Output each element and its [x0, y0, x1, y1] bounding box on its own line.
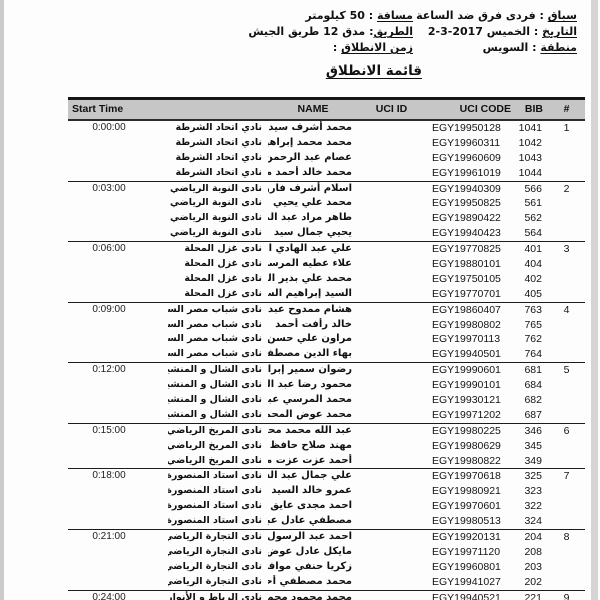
uci-id-cell	[358, 151, 425, 166]
uci-id-cell	[358, 182, 425, 197]
rider-row: 0:21:00نادى التجارة الرياضي - السويساحمد…	[68, 530, 585, 545]
rank-cell	[548, 454, 585, 469]
rider-row: نادى غزل المحلةالسيد إبراهيم السيد الشنا…	[68, 287, 585, 302]
club-cell: نادى الرباط و الأنوار	[168, 591, 268, 600]
rank-cell	[548, 272, 585, 287]
rider-row: 0:12:00نادى الشال و المنشيةرضوان سمير إب…	[68, 363, 585, 378]
rider-name-cell: خالد رأفت أحمد	[268, 318, 358, 333]
uci-id-cell	[358, 408, 425, 423]
race-type-field: سباق : فردى فرق ضد الساعة	[419, 8, 577, 23]
uci-code-cell: EGY19970601	[425, 499, 515, 514]
uci-id-cell	[358, 560, 425, 575]
rider-row: نادى التجارة الرياضي - السويسمايكل عادل …	[68, 545, 585, 560]
club-cell: نادي اتحاد الشرطة	[168, 166, 268, 181]
rider-row: نادى استاد المنصورةاحمد مجدى عايقEGY1997…	[68, 499, 585, 514]
start-group: 0:21:00نادى التجارة الرياضي - السويساحمد…	[68, 530, 585, 591]
start-time-cell	[68, 560, 168, 575]
rider-row: 0:15:00نادى المريخ الرياضيعبد الله محمد …	[68, 424, 585, 439]
uci-code-cell: EGY19860407	[425, 303, 515, 318]
start-list-table: Start Time NAME UCI ID UCI CODE BIB # 0:…	[68, 97, 585, 600]
uci-code-cell: EGY19950825	[425, 196, 515, 211]
rider-row: نادى شباب مصر السويسبهاء الدين مصطفيEGY1…	[68, 347, 585, 362]
rider-row: 0:00:00نادي اتحاد الشرطةمحمد أشرف سيد مو…	[68, 121, 585, 136]
club-cell: نادى غزل المحلة	[168, 257, 268, 272]
start-group: 0:00:00نادي اتحاد الشرطةمحمد أشرف سيد مو…	[68, 121, 585, 182]
rank-cell	[548, 318, 585, 333]
uci-code-cell: EGY19880101	[425, 257, 515, 272]
start-time-cell: 0:06:00	[68, 242, 168, 257]
uci-code-cell: EGY19960609	[425, 151, 515, 166]
uci-code-cell: EGY19971120	[425, 545, 515, 560]
start-group: 0:15:00نادى المريخ الرياضيعبد الله محمد …	[68, 424, 585, 470]
club-cell: نادى التجارة الرياضي - السويس	[168, 530, 268, 545]
distance-sep: :	[365, 9, 377, 22]
start-time-cell	[68, 257, 168, 272]
start-time-cell	[68, 454, 168, 469]
bib-cell: 762	[515, 332, 548, 347]
date-label: التاريخ	[542, 25, 577, 38]
scanned-start-list-page: { "page": { "background": "#fdfdfd", "sc…	[0, 0, 600, 600]
rider-name-cell: عبد الله محمد محمود	[268, 424, 358, 439]
start-time-cell	[68, 272, 168, 287]
start-group: 0:18:00نادى استاد المنصورةعلي جمال عبد ا…	[68, 469, 585, 530]
rank-cell	[548, 514, 585, 529]
bib-cell: 221	[515, 591, 548, 600]
header-name: NAME	[268, 100, 358, 119]
bib-cell: 349	[515, 454, 548, 469]
scan-edge-left	[0, 0, 4, 600]
uci-code-cell: EGY19980822	[425, 454, 515, 469]
rider-name-cell: محمد المرسي عبد الله	[268, 393, 358, 408]
rider-name-cell: محمد خالد أحمد محمد	[268, 166, 358, 181]
rank-cell	[548, 439, 585, 454]
club-cell: نادي اتحاد الشرطة	[168, 151, 268, 166]
uci-id-cell	[358, 121, 425, 136]
rider-name-cell: محمود رضا عبد النبي	[268, 378, 358, 393]
start-time-cell: 0:24:00	[68, 591, 168, 600]
road-label: الطريق	[373, 25, 413, 38]
table-header-row: Start Time NAME UCI ID UCI CODE BIB #	[68, 97, 585, 121]
rider-name-cell: زكريا حنفي موافي	[268, 560, 358, 575]
uci-id-cell	[358, 303, 425, 318]
start-time-cell	[68, 393, 168, 408]
uci-id-cell	[358, 272, 425, 287]
rank-cell: 9	[548, 591, 585, 600]
rider-row: نادى غزل المحلةعلاء عطيه المرسيEGY198801…	[68, 257, 585, 272]
start-group: 0:06:00نادى غزل المحلةعلي عبد الهادي الس…	[68, 242, 585, 303]
start-time-cell	[68, 347, 168, 362]
start-time-cell	[68, 136, 168, 151]
bib-cell: 325	[515, 469, 548, 484]
start-group: 0:24:00نادى الرباط و الأنوارمحمد محمود م…	[68, 591, 585, 600]
uci-code-cell: EGY19920131	[425, 530, 515, 545]
start-time-cell: 0:00:00	[68, 121, 168, 136]
uci-id-cell	[358, 545, 425, 560]
launch-time-sep: :	[333, 41, 341, 54]
uci-code-cell: EGY19980513	[425, 514, 515, 529]
uci-code-cell: EGY19941027	[425, 575, 515, 590]
uci-code-cell: EGY19940501	[425, 347, 515, 362]
date-value: الخميس 2017-3-2	[428, 25, 530, 38]
rider-row: نادى شباب مصر السويسخالد رأفت أحمدEGY199…	[68, 318, 585, 333]
club-cell: نادى شباب مصر السويس	[168, 303, 268, 318]
bib-cell: 765	[515, 318, 548, 333]
rank-cell	[548, 545, 585, 560]
bib-cell: 687	[515, 408, 548, 423]
rider-row: نادي اتحاد الشرطةمحمد محمد إبراهيمEGY199…	[68, 136, 585, 151]
rank-cell	[548, 332, 585, 347]
launch-time-label: زمن الانطلاق	[341, 41, 413, 54]
start-time-cell	[68, 196, 168, 211]
uci-code-cell: EGY19770825	[425, 242, 515, 257]
table-body: 0:00:00نادي اتحاد الشرطةمحمد أشرف سيد مو…	[68, 121, 585, 600]
start-time-cell	[68, 408, 168, 423]
rider-name-cell: عصام عبد الرحمن مصطفي	[268, 151, 358, 166]
start-time-cell	[68, 499, 168, 514]
uci-code-cell: EGY19980629	[425, 439, 515, 454]
rider-row: نادى التجارة الرياضي - السويسمحمد مصطفي …	[68, 575, 585, 590]
club-cell: نادى التجارة الرياضي - السويس	[168, 560, 268, 575]
rank-cell	[548, 136, 585, 151]
rider-name-cell: هشام ممدوح عبد العليم	[268, 303, 358, 318]
rider-row: 0:06:00نادى غزل المحلةعلي عبد الهادي الس…	[68, 242, 585, 257]
uci-id-cell	[358, 514, 425, 529]
header-rank: #	[548, 100, 585, 119]
uci-code-cell: EGY19980225	[425, 424, 515, 439]
uci-code-cell: EGY19930121	[425, 393, 515, 408]
rider-row: نادى الشال و المنشيةمحمود رضا عبد النبيE…	[68, 378, 585, 393]
launch-time-field: زمن الانطلاق :	[248, 40, 413, 55]
club-cell: نادى المريخ الرياضي	[168, 454, 268, 469]
rider-row: نادى النوبة الرياضيمحمد علي يحييEGY19950…	[68, 196, 585, 211]
bib-cell: 684	[515, 378, 548, 393]
rank-cell	[548, 499, 585, 514]
rank-cell	[548, 347, 585, 362]
header-uci-id: UCI ID	[358, 100, 425, 119]
header-uci-code: UCI CODE	[425, 100, 515, 119]
rider-name-cell: مراون علي حسن	[268, 332, 358, 347]
rider-name-cell: بهاء الدين مصطفي	[268, 347, 358, 362]
start-time-cell	[68, 318, 168, 333]
uci-id-cell	[358, 499, 425, 514]
bib-cell: 1043	[515, 151, 548, 166]
rider-name-cell: محمد محمود محمد	[268, 591, 358, 600]
race-info: سباق : فردى فرق ضد الساعة مسافة : 50 كيل…	[248, 8, 577, 55]
start-time-cell	[68, 332, 168, 347]
distance-field: مسافة : 50 كيلومتر	[248, 8, 413, 23]
uci-id-cell	[358, 424, 425, 439]
rider-row: 0:03:00نادى النوبة الرياضياسلام أشرف فار…	[68, 182, 585, 197]
uci-code-cell: EGY19890422	[425, 211, 515, 226]
bib-cell: 1044	[515, 166, 548, 181]
rider-row: 0:09:00نادى شباب مصر السويسهشام ممدوح عب…	[68, 303, 585, 318]
uci-id-cell	[358, 318, 425, 333]
start-time-cell	[68, 226, 168, 241]
rank-cell	[548, 287, 585, 302]
uci-code-cell: EGY19990101	[425, 378, 515, 393]
club-cell: نادى التجارة الرياضي - السويس	[168, 575, 268, 590]
uci-code-cell: EGY19770701	[425, 287, 515, 302]
start-group: 0:03:00نادى النوبة الرياضياسلام أشرف فار…	[68, 182, 585, 243]
uci-code-cell: EGY19960311	[425, 136, 515, 151]
club-cell: نادى النوبة الرياضي	[168, 211, 268, 226]
rank-cell: 1	[548, 121, 585, 136]
rider-row: نادى التجارة الرياضي - السويسزكريا حنفي …	[68, 560, 585, 575]
rider-name-cell: محمد أشرف سيد موسي	[268, 121, 358, 136]
uci-id-cell	[358, 378, 425, 393]
uci-code-cell: EGY19750105	[425, 272, 515, 287]
uci-code-cell: EGY19961019	[425, 166, 515, 181]
start-time-cell	[68, 211, 168, 226]
rider-name-cell: علاء عطيه المرسي	[268, 257, 358, 272]
start-time-cell: 0:12:00	[68, 363, 168, 378]
club-cell: نادى المريخ الرياضي	[168, 439, 268, 454]
rank-cell	[548, 408, 585, 423]
bib-cell: 681	[515, 363, 548, 378]
bib-cell: 346	[515, 424, 548, 439]
rider-row: 0:24:00نادى الرباط و الأنوارمحمد محمود م…	[68, 591, 585, 600]
club-cell: نادى شباب مصر السويس	[168, 318, 268, 333]
bib-cell: 1041	[515, 121, 548, 136]
start-time-cell: 0:03:00	[68, 182, 168, 197]
rider-name-cell: مصطفي عادل عبد الحليم	[268, 514, 358, 529]
scan-edge-right	[591, 0, 598, 600]
start-time-cell	[68, 484, 168, 499]
rider-name-cell: احمد عبد الرسول جاد	[268, 530, 358, 545]
start-time-cell	[68, 166, 168, 181]
uci-id-cell	[358, 347, 425, 362]
club-cell: نادى التجارة الرياضي - السويس	[168, 545, 268, 560]
rider-row: نادي اتحاد الشرطةمحمد خالد أحمد محمدEGY1…	[68, 166, 585, 181]
bib-cell: 345	[515, 439, 548, 454]
start-time-cell	[68, 287, 168, 302]
uci-id-cell	[358, 196, 425, 211]
bib-cell: 763	[515, 303, 548, 318]
bib-cell: 404	[515, 257, 548, 272]
rank-cell	[548, 166, 585, 181]
bib-cell: 203	[515, 560, 548, 575]
uci-id-cell	[358, 242, 425, 257]
uci-code-cell: EGY19940309	[425, 182, 515, 197]
region-field: منطقة : السويس	[419, 40, 577, 55]
date-field: التاريخ : الخميس 2017-3-2	[419, 24, 577, 39]
rank-cell	[548, 393, 585, 408]
header-club-spacer	[168, 100, 268, 119]
start-time-cell	[68, 378, 168, 393]
rider-row: نادى استاد المنصورةمصطفي عادل عبد الحليم…	[68, 514, 585, 529]
uci-code-cell: EGY19940521	[425, 591, 515, 600]
start-time-cell: 0:15:00	[68, 424, 168, 439]
race-type-label: سباق	[548, 9, 577, 22]
uci-code-cell: EGY19960801	[425, 560, 515, 575]
start-time-cell: 0:21:00	[68, 530, 168, 545]
rider-name-cell: محمد علي بدير الحسينى	[268, 272, 358, 287]
rider-name-cell: احمد مجدى عايق	[268, 499, 358, 514]
uci-id-cell	[358, 439, 425, 454]
club-cell: نادى الشال و المنشية	[168, 378, 268, 393]
bib-cell: 322	[515, 499, 548, 514]
uci-id-cell	[358, 530, 425, 545]
rank-cell	[548, 378, 585, 393]
rank-cell	[548, 211, 585, 226]
start-time-cell: 0:09:00	[68, 303, 168, 318]
uci-id-cell	[358, 575, 425, 590]
rider-name-cell: مايكل عادل عوض	[268, 545, 358, 560]
bib-cell: 682	[515, 393, 548, 408]
rider-row: نادى المريخ الرياضيأحمد عزت عزت محمدEGY1…	[68, 454, 585, 469]
rider-row: نادى شباب مصر السويسمراون علي حسنEGY1997…	[68, 332, 585, 347]
rank-cell: 8	[548, 530, 585, 545]
rider-row: نادى النوبة الرياضيطاهر مراد عبد المجيدE…	[68, 211, 585, 226]
uci-id-cell	[358, 393, 425, 408]
club-cell: نادى النوبة الرياضي	[168, 182, 268, 197]
race-type-sep: :	[536, 9, 548, 22]
uci-id-cell	[358, 166, 425, 181]
rider-row: نادى المريخ الرياضيمهند صلاح حافظ السرىE…	[68, 439, 585, 454]
rider-name-cell: علي جمال عبد السميع	[268, 469, 358, 484]
page-title: قائمة الانطلاق	[326, 63, 422, 79]
bib-cell: 564	[515, 226, 548, 241]
date-sep: :	[530, 25, 542, 38]
start-time-cell	[68, 545, 168, 560]
bib-cell: 764	[515, 347, 548, 362]
rider-name-cell: يحيي جمال سيد	[268, 226, 358, 241]
rider-name-cell: رضوان سمير إبراهيم	[268, 363, 358, 378]
uci-id-cell	[358, 363, 425, 378]
club-cell: نادى النوبة الرياضي	[168, 226, 268, 241]
uci-id-cell	[358, 454, 425, 469]
club-cell: نادى الشال و المنشية	[168, 363, 268, 378]
road-field: الطريق: مدق 12 طريق الجيش	[248, 24, 413, 39]
club-cell: نادى شباب مصر السويس	[168, 347, 268, 362]
rider-name-cell: علي عبد الهادي السيد	[268, 242, 358, 257]
rank-cell: 6	[548, 424, 585, 439]
region-value: السويس	[483, 41, 529, 54]
region-sep: :	[528, 41, 540, 54]
uci-id-cell	[358, 226, 425, 241]
bib-cell: 202	[515, 575, 548, 590]
bib-cell: 402	[515, 272, 548, 287]
uci-code-cell: EGY19970113	[425, 332, 515, 347]
club-cell: نادى استاد المنصورة	[168, 514, 268, 529]
club-cell: نادى غزل المحلة	[168, 242, 268, 257]
region-label: منطقة	[540, 41, 577, 54]
rank-cell: 2	[548, 182, 585, 197]
rank-cell	[548, 484, 585, 499]
uci-id-cell	[358, 484, 425, 499]
club-cell: نادى استاد المنصورة	[168, 484, 268, 499]
uci-id-cell	[358, 591, 425, 600]
rider-name-cell: مهند صلاح حافظ السرى	[268, 439, 358, 454]
rank-cell	[548, 226, 585, 241]
club-cell: نادي اتحاد الشرطة	[168, 136, 268, 151]
bib-cell: 324	[515, 514, 548, 529]
uci-id-cell	[358, 332, 425, 347]
rank-cell: 4	[548, 303, 585, 318]
uci-code-cell: EGY19940423	[425, 226, 515, 241]
bib-cell: 405	[515, 287, 548, 302]
rank-cell	[548, 560, 585, 575]
race-type-value: فردى فرق ضد الساعة	[416, 9, 536, 22]
rank-cell: 7	[548, 469, 585, 484]
rank-cell	[548, 151, 585, 166]
club-cell: نادي اتحاد الشرطة	[168, 121, 268, 136]
start-time-cell	[68, 439, 168, 454]
rider-row: نادى الشال و المنشيةمحمد عوض المحمدىEGY1…	[68, 408, 585, 423]
club-cell: نادى غزل المحلة	[168, 287, 268, 302]
rank-cell: 3	[548, 242, 585, 257]
bib-cell: 204	[515, 530, 548, 545]
rider-name-cell: السيد إبراهيم السيد الشناوى	[268, 287, 358, 302]
bib-cell: 1042	[515, 136, 548, 151]
road-value: مدق 12 طريق الجيش	[248, 25, 365, 38]
start-time-cell	[68, 514, 168, 529]
club-cell: نادى شباب مصر السويس	[168, 332, 268, 347]
club-cell: نادى النوبة الرياضي	[168, 196, 268, 211]
club-cell: نادى الشال و المنشية	[168, 408, 268, 423]
rider-row: نادى غزل المحلةمحمد علي بدير الحسينىEGY1…	[68, 272, 585, 287]
uci-code-cell: EGY19990601	[425, 363, 515, 378]
rider-name-cell: محمد محمد إبراهيم	[268, 136, 358, 151]
uci-id-cell	[358, 469, 425, 484]
club-cell: نادى الشال و المنشية	[168, 393, 268, 408]
uci-id-cell	[358, 136, 425, 151]
bib-cell: 323	[515, 484, 548, 499]
club-cell: نادى غزل المحلة	[168, 272, 268, 287]
bib-cell: 561	[515, 196, 548, 211]
rank-cell	[548, 196, 585, 211]
uci-id-cell	[358, 257, 425, 272]
uci-code-cell: EGY19980921	[425, 484, 515, 499]
club-cell: نادى استاد المنصورة	[168, 499, 268, 514]
rider-row: نادى الشال و المنشيةمحمد المرسي عبد الله…	[68, 393, 585, 408]
start-time-cell	[68, 575, 168, 590]
rider-name-cell: محمد مصطفي أحمد	[268, 575, 358, 590]
rank-cell	[548, 575, 585, 590]
rider-name-cell: اسلام أشرف فاروق	[268, 182, 358, 197]
rider-row: نادي اتحاد الشرطةعصام عبد الرحمن مصطفيEG…	[68, 151, 585, 166]
rider-row: نادى استاد المنصورةعمرو خالد السيدEGY199…	[68, 484, 585, 499]
rider-name-cell: أحمد عزت عزت محمد	[268, 454, 358, 469]
header-start-time: Start Time	[68, 100, 168, 119]
start-group: 0:12:00نادى الشال و المنشيةرضوان سمير إب…	[68, 363, 585, 424]
bib-cell: 208	[515, 545, 548, 560]
rider-name-cell: محمد علي يحيي	[268, 196, 358, 211]
rider-row: 0:18:00نادى استاد المنصورةعلي جمال عبد ا…	[68, 469, 585, 484]
uci-id-cell	[358, 211, 425, 226]
club-cell: نادى المريخ الرياضي	[168, 424, 268, 439]
uci-code-cell: EGY19980802	[425, 318, 515, 333]
rider-name-cell: طاهر مراد عبد المجيد	[268, 211, 358, 226]
start-time-cell	[68, 151, 168, 166]
distance-label: مسافة	[377, 9, 413, 22]
rider-row: نادى النوبة الرياضييحيي جمال سيدEGY19940…	[68, 226, 585, 241]
bib-cell: 566	[515, 182, 548, 197]
rank-cell	[548, 257, 585, 272]
header-bib: BIB	[515, 100, 548, 119]
bib-cell: 401	[515, 242, 548, 257]
start-group: 0:09:00نادى شباب مصر السويسهشام ممدوح عب…	[68, 303, 585, 364]
uci-code-cell: EGY19971202	[425, 408, 515, 423]
rank-cell: 5	[548, 363, 585, 378]
bib-cell: 562	[515, 211, 548, 226]
start-time-cell: 0:18:00	[68, 469, 168, 484]
club-cell: نادى استاد المنصورة	[168, 469, 268, 484]
uci-id-cell	[358, 287, 425, 302]
uci-code-cell: EGY19970618	[425, 469, 515, 484]
distance-value: 50 كيلومتر	[305, 9, 365, 22]
rider-name-cell: محمد عوض المحمدى	[268, 408, 358, 423]
